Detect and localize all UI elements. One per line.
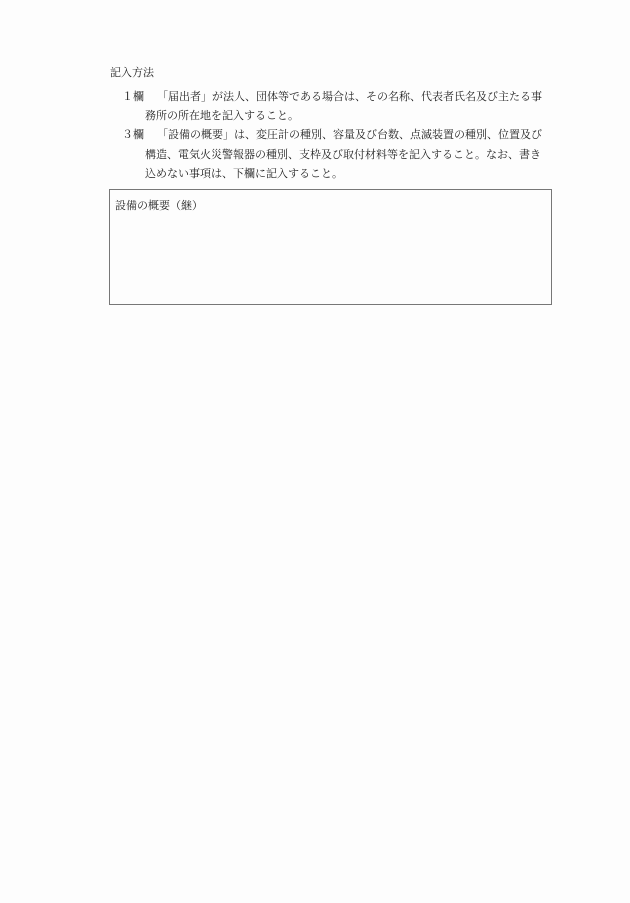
item3-text-line2: 構造、電気火災警報器の種別、支枠及び取付材料等を記入すること。なお、書き [145, 148, 541, 162]
instructions-heading: 記入方法 [110, 66, 154, 80]
item3-text-line1: 「設備の概要」は、変圧計の種別、容量及び台数、点滅装置の種別、位置及び [157, 128, 542, 142]
item1-text-line2: 務所の所在地を記入すること。 [145, 109, 299, 123]
item3-text-line3: 込めない事項は、下欄に記入すること。 [145, 167, 343, 181]
item1-text-line1: 「届出者」が法人、団体等である場合は、その名称、代表者氏名及び主たる事 [157, 90, 542, 104]
item1-number: １欄 [122, 90, 144, 104]
item3-number: ３欄 [122, 128, 144, 142]
equipment-summary-continuation-label: 設備の概要（継） [115, 199, 203, 213]
equipment-summary-continuation-box[interactable]: 設備の概要（継） [109, 189, 552, 305]
